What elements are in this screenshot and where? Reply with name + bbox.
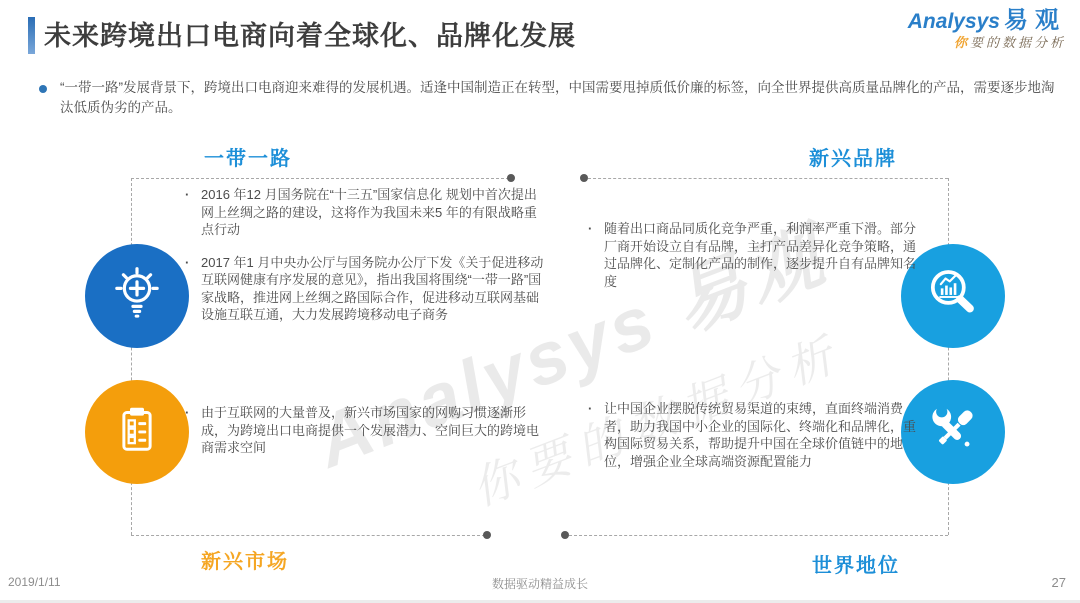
left-frame-top-dot (507, 174, 515, 182)
list-item: 由于互联网的大量普及，新兴市场国家的网购习惯逐渐形成，为跨境出口电商提供一个发展… (185, 404, 545, 457)
emerging-markets-bullets: 由于互联网的大量普及，新兴市场国家的网购习惯逐渐形成，为跨境出口电商提供一个发展… (185, 404, 545, 457)
emerging-brands-circle (901, 244, 1005, 348)
label-belt-and-road: 一带一路 (168, 142, 328, 171)
right-frame-top-dot (580, 174, 588, 182)
intro-bullet-dot (39, 85, 47, 93)
right-frame-bottom-line (569, 535, 948, 536)
intro-paragraph: “一带一路”发展背景下，跨境出口电商迎来难得的发展机遇。适逢中国制造正在转型，中… (60, 78, 1062, 118)
left-frame-top-line (131, 178, 509, 179)
belt-and-road-circle (85, 244, 189, 348)
bullet-marker (185, 404, 201, 457)
bullet-marker (588, 220, 604, 290)
analysys-logo: Analysys易观 你要的数据分析 (908, 8, 1066, 51)
emerging-markets-circle (85, 380, 189, 484)
list-item: 2016 年12 月国务院在“十三五”国家信息化 规划中首次提出网上丝绸之路的建… (185, 186, 545, 239)
logo-brand-cn: 易观 (1004, 7, 1066, 34)
left-frame-bottom-dot (483, 531, 491, 539)
list-item: 随着出口商品同质化竞争严重，利润率严重下滑。部分厂商开始设立自有品牌，主打产品差… (588, 220, 916, 290)
label-world-status: 世界地位 (776, 549, 936, 578)
logo-brand-line: Analysys易观 (908, 8, 1066, 34)
right-frame-top-line (588, 178, 948, 179)
footer-motto: 数据驱动精益成长 (0, 575, 1080, 592)
title-accent-bar (28, 17, 35, 54)
bullet-marker (588, 400, 604, 470)
list-item: 让中国企业摆脱传统贸易渠道的束缚，直面终端消费者，助力我国中小企业的国际化、终端… (588, 400, 926, 470)
clipboard-checklist-icon (109, 402, 165, 463)
logo-brand-en: Analysys (908, 10, 1000, 33)
bullet-marker (185, 186, 201, 239)
world-status-bullets: 让中国企业摆脱传统贸易渠道的束缚，直面终端消费者，助力我国中小企业的国际化、终端… (588, 400, 926, 470)
right-frame-bottom-dot (561, 531, 569, 539)
emerging-brands-bullets: 随着出口商品同质化竞争严重，利润率严重下滑。部分厂商开始设立自有品牌，主打产品差… (588, 220, 916, 290)
label-emerging-markets: 新兴市场 (165, 545, 325, 574)
bullet-marker (185, 254, 201, 324)
tools-icon (923, 400, 983, 465)
label-emerging-brands: 新兴品牌 (773, 142, 933, 171)
page-title: 未来跨境出口电商向着全球化、品牌化发展 (44, 14, 576, 53)
left-frame-bottom-line (131, 535, 485, 536)
magnifier-chart-icon (923, 264, 983, 329)
logo-tagline: 你要的数据分析 (908, 36, 1066, 50)
lightbulb-plus-icon (107, 264, 167, 329)
belt-and-road-bullets: 2016 年12 月国务院在“十三五”国家信息化 规划中首次提出网上丝绸之路的建… (185, 186, 545, 324)
page-number: 27 (1052, 575, 1066, 590)
list-item: 2017 年1 月中央办公厅与国务院办公厅下发《关于促进移动互联网健康有序发展的… (185, 254, 545, 324)
slide: Analysys 易观 你要的数据分析 未来跨境出口电商向着全球化、品牌化发展 … (0, 0, 1080, 603)
